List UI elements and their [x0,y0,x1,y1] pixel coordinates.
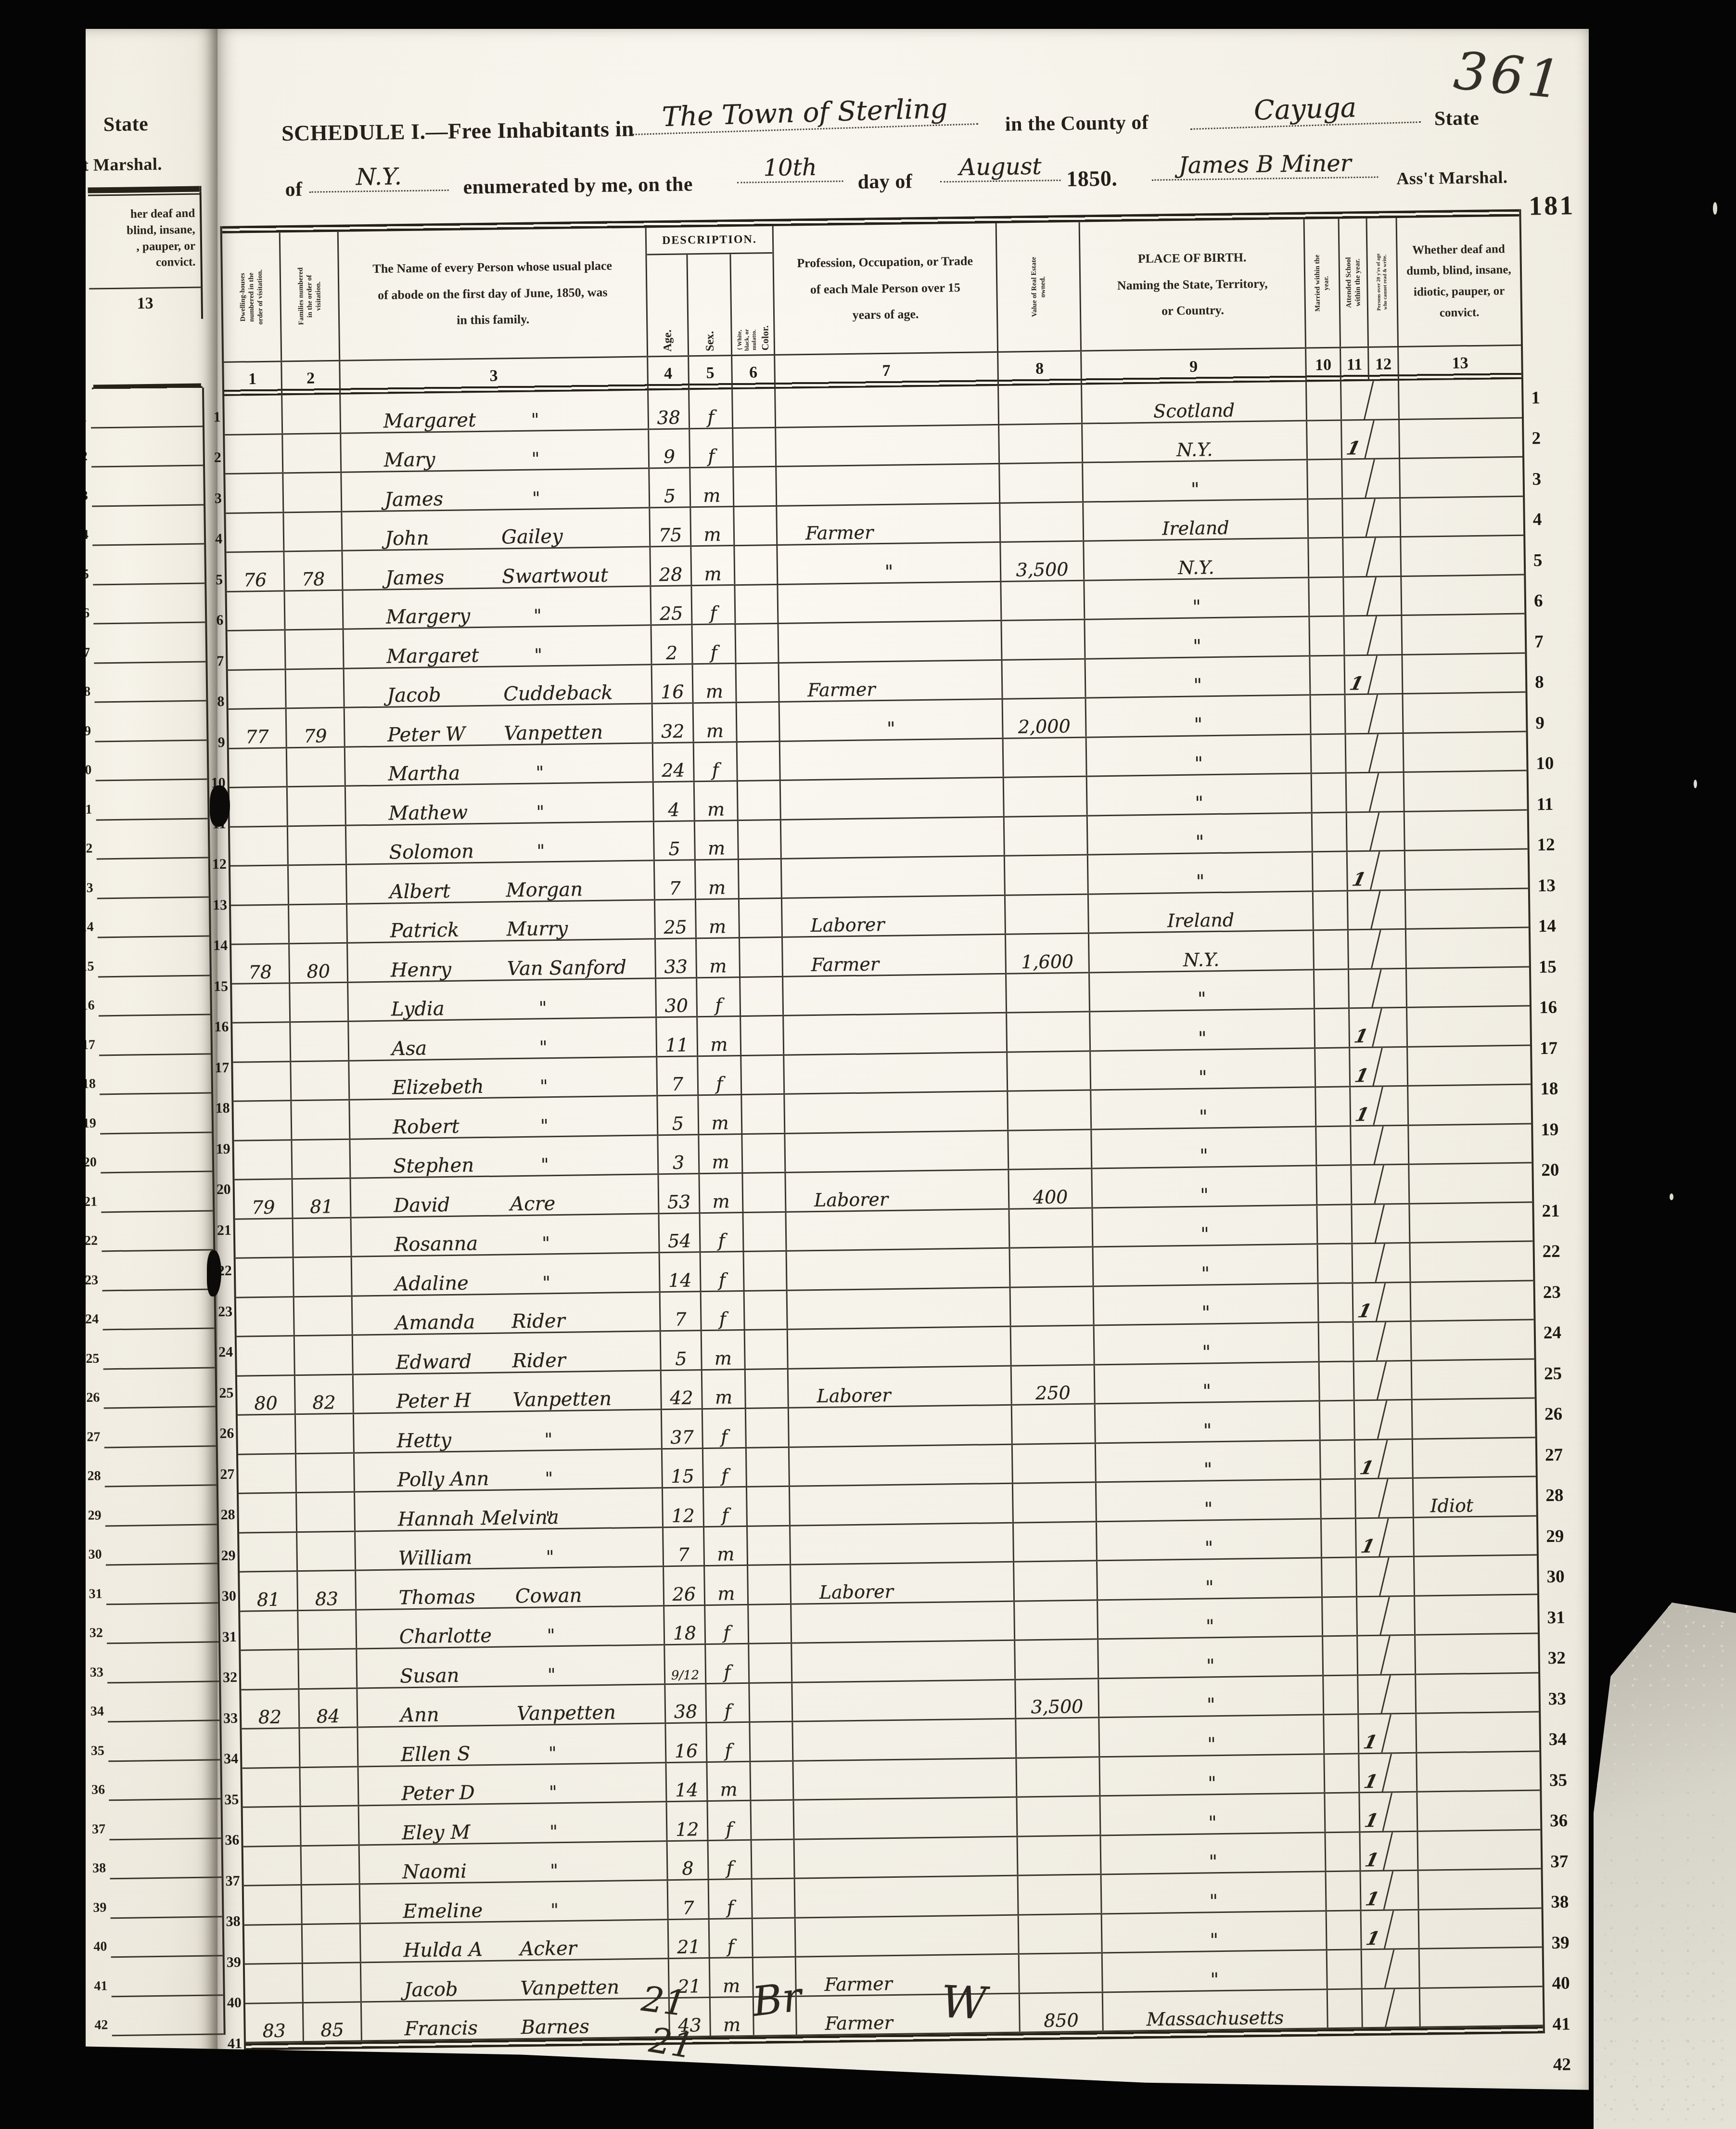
name-given: Peter H [396,1391,471,1411]
cell-cannot-read [1382,1322,1412,1360]
name-given: Amanda [395,1312,475,1333]
name-given: Hannah Melvina [397,1508,559,1529]
year-label: 1850. [1066,166,1118,192]
row-number-left: 38 [222,1892,241,1933]
cell-family [285,590,344,629]
cell-sex: f [710,1919,753,1957]
name-surname: Murry [506,919,568,939]
cell-dwelling [245,1964,304,2002]
cell-occupation [794,1798,1018,1839]
cell-married [1314,891,1349,929]
cell-name: Polly Ann" [355,1449,663,1491]
cell-cannot-read [1371,498,1401,536]
cell-color [742,1095,785,1133]
cell-birthplace: " [1098,1598,1323,1639]
column-number: 11 [1341,348,1369,382]
cell-value [1012,1404,1096,1443]
cell-occupation [780,739,1004,780]
row-number-left: 9 [206,713,225,754]
cell-value [1015,1640,1099,1679]
prevpage-row: 15 [98,936,210,977]
cell-birthplace: " [1088,852,1314,893]
col-header-school: Attended School within the year. [1340,218,1369,347]
col-header-sex: Sex. [688,254,732,355]
cell-occupation: Laborer [786,1170,1009,1211]
cell-dwelling [228,630,286,669]
row-number-right: 3 [1525,451,1562,492]
cell-sex: m [695,782,739,820]
row-number-left: 7 [205,631,224,672]
cell-family [289,904,348,943]
col-header-families: Families numbered in the order of visita… [281,232,340,361]
cell-occupation [796,1915,1020,1956]
prevpage-row: 25 [103,1329,215,1370]
name-given: Polly Ann [397,1469,489,1489]
cell-sex: f [705,1605,749,1643]
prevpage-row: 35 [108,1721,220,1762]
cell-remarks [1402,615,1525,654]
cell-dwelling: 78 [231,944,290,983]
name-given: John [385,528,429,548]
cell-remarks [1420,1948,1543,1987]
cell-remarks [1399,379,1522,419]
cell-remarks [1400,458,1523,497]
cell-cannot-read [1373,655,1403,693]
cell-color [734,467,777,506]
cell-married [1320,1362,1355,1400]
prevpage-row: 8 [94,662,206,703]
row-number-right: 26 [1537,1386,1574,1427]
cell-cannot-read [1377,930,1407,968]
name-surname: " [547,1627,555,1644]
cell-attended-school: 1 [1341,655,1378,694]
cell-married [1314,930,1349,968]
cell-age: 12 [667,1802,708,1840]
cell-remarks [1416,1673,1539,1713]
cell-value [1000,502,1084,541]
cell-attended-school: 1 [1346,1087,1383,1126]
prevpage-col13-number: 13 [89,287,201,320]
cell-remarks [1417,1791,1540,1830]
row-number-right: 10 [1529,736,1566,777]
cell-occupation [795,1876,1019,1917]
cell-birthplace: " [1087,735,1312,776]
cell-married [1324,1715,1359,1753]
cell-attended-school: 1 [1355,1754,1392,1792]
cell-occupation: Farmer [777,503,1001,544]
cell-age: 7 [664,1527,705,1566]
prevpage-row: 3 [91,466,204,507]
name-surname: Rider [511,1311,565,1331]
column-number: 3 [340,357,649,394]
cell-cannot-read [1370,420,1400,458]
name-surname: " [550,1862,558,1880]
row-number-right: 34 [1542,1712,1579,1753]
cell-name: ThomasCowan [356,1567,664,1609]
cell-name: William" [356,1528,664,1570]
cell-age: 53 [659,1174,700,1213]
cell-sex: f [709,1840,753,1879]
cell-cannot-read [1376,890,1406,928]
cell-sex: f [689,389,733,428]
row-number-right: 5 [1526,533,1563,574]
col-header-color: { White, black, or mulatto.Color. [731,254,775,355]
name-surname: Morgan [506,880,583,900]
name-surname: Vanpetten [517,1703,616,1724]
cell-value [1008,1130,1092,1169]
cell-cannot-read [1385,1557,1415,1595]
prevpage-row-number: 37 [85,1821,105,1837]
cell-remarks [1408,1085,1531,1125]
cell-value [1019,1914,1103,1953]
row-number-left: 40 [223,1973,242,2014]
cell-dwelling [238,1415,296,1453]
cell-birthplace: " [1101,1833,1326,1874]
cell-dwelling [225,474,284,512]
cell-attended-school [1341,695,1379,733]
cell-dwelling [243,1807,302,1846]
cell-married [1317,1205,1353,1243]
row-number-right: 35 [1542,1752,1579,1793]
name-surname: " [540,1117,549,1135]
row-number-left: 32 [218,1648,237,1689]
cell-sex: f [692,625,736,663]
cell-cannot-read [1382,1361,1413,1399]
row-number-left: 29 [217,1526,236,1567]
table-header: Dwelling-houses numbered in the order of… [222,217,1521,361]
cell-remarks [1407,1007,1530,1046]
cell-color [748,1526,791,1565]
cell-age: 38 [649,390,690,428]
cell-sex: f [703,1448,747,1487]
prevpage-row-number: 39 [86,1900,106,1916]
cell-remarks [1417,1712,1539,1752]
cell-dwelling [238,1454,297,1493]
cell-married [1312,734,1347,772]
cell-name: James" [342,469,650,511]
cell-value [1011,1326,1095,1365]
cell-name: Margaret" [344,626,652,667]
cell-name: Mathew" [346,782,654,824]
cell-occupation [788,1327,1012,1368]
name-given: Henry [391,960,452,980]
cell-occupation: " [780,700,1004,741]
name-surname: " [550,1902,559,1919]
cell-sex: m [699,1095,742,1134]
cell-name: Peter HVanpetten [354,1371,662,1413]
cell-sex: f [706,1644,750,1683]
cell-birthplace: " [1090,970,1315,1011]
cell-married [1310,617,1345,655]
name-given: Stephen [393,1155,474,1176]
name-surname: " [536,843,545,860]
cell-color [751,1761,794,1800]
cell-married [1323,1597,1358,1635]
cell-attended-school: 1 [1356,1793,1393,1831]
cell-age: 8 [668,1841,709,1880]
page-number-stamp: 181 [1529,190,1575,221]
cell-age: 75 [650,508,691,546]
cell-occupation [791,1523,1014,1564]
census-table: Dwelling-houses numbered in the order of… [220,209,1545,2051]
cell-attended-school [1340,577,1377,616]
cell-birthplace: " [1083,460,1308,501]
cell-age: 24 [653,743,695,782]
cell-remarks [1404,732,1527,771]
cell-dwelling [227,591,286,630]
cell-family [291,1022,349,1061]
cell-name: Susan" [357,1645,665,1687]
cell-name: Martha" [345,744,654,785]
cell-sex: m [700,1174,743,1212]
scan-border-left [0,0,86,2129]
cell-sex: m [710,1958,754,1997]
cell-family [292,1101,350,1139]
cell-value [1005,816,1088,855]
cell-dwelling [240,1611,299,1650]
column-number: 12 [1369,347,1399,381]
scan-border-bottom [0,2021,1736,2129]
description-label: DESCRIPTION. [647,226,773,255]
cell-color [741,1055,785,1094]
name-given: Susan [400,1666,460,1686]
census-scan-page: State t Marshal. her deaf and blind, ins… [0,0,1736,2129]
cell-value [1017,1757,1100,1796]
enumerated-label: enumerated by me, on the [463,173,693,199]
cell-attended-school [1345,969,1382,1008]
cell-sex: m [694,703,738,742]
cell-birthplace: " [1092,1127,1317,1168]
cell-attended-school: 1 [1352,1518,1389,1557]
row-number-right: 37 [1544,1834,1581,1874]
cell-attended-school [1348,1205,1385,1243]
cell-birthplace: N.Y. [1084,539,1309,579]
cell-occupation [793,1719,1017,1760]
cell-family [299,1650,357,1688]
cell-age: 16 [652,665,694,703]
cell-family [301,1807,360,1845]
name-given: Albert [389,881,450,901]
cell-attended-school [1353,1557,1390,1596]
prevpage-row: 11 [96,780,208,821]
name-given: Asa [392,1039,427,1058]
cell-family [302,1846,360,1884]
cell-age: 7 [655,860,696,899]
cell-cannot-read [1369,381,1400,419]
cell-dwelling [230,866,289,904]
cell-married [1318,1244,1353,1282]
name-given: Charlotte [399,1626,492,1647]
cell-age: 21 [669,1920,710,1958]
name-given: Peter W [387,724,465,744]
cell-name: Asa" [349,1018,657,1060]
cell-cannot-read [1390,1910,1420,1948]
cell-name: Margery" [343,587,651,628]
cell-attended-school [1353,1636,1391,1674]
cell-name: EdwardRider [353,1332,662,1373]
cell-sex: f [706,1683,750,1722]
name-given: Solomon [389,842,474,862]
column-number: 4 [648,357,689,390]
footer-note: Br [750,1973,804,2026]
cell-name: Hetty" [354,1410,663,1452]
name-given: David [394,1195,450,1215]
cell-attended-school [1358,1949,1395,1988]
cell-remarks [1405,810,1528,850]
cell-value [1004,738,1087,777]
cell-age: 15 [663,1449,704,1488]
cell-family [294,1296,353,1335]
cell-cannot-read [1379,1165,1410,1203]
cell-value [1008,1052,1091,1090]
cell-age: 7 [661,1292,702,1331]
day-of-label: day of [857,170,912,193]
row-number-left: 17 [211,1038,230,1079]
cell-married [1313,813,1348,851]
cell-remarks [1405,850,1528,889]
cell-family [296,1453,355,1492]
cell-dwelling [226,513,284,551]
prevpage-row-number: 35 [84,1743,104,1759]
cell-value: 1,600 [1006,934,1090,973]
cell-dwelling [235,1219,294,1257]
cell-occupation [785,1092,1008,1133]
cell-sex: f [707,1723,751,1761]
cell-birthplace: " [1096,1441,1321,1482]
cell-birthplace: " [1092,1166,1317,1207]
cell-color [733,428,777,466]
month-fill: August [940,153,1061,182]
cell-birthplace: " [1099,1676,1324,1717]
cell-remarks [1401,536,1524,576]
row-number-right: 31 [1540,1590,1577,1630]
cell-married [1308,460,1343,498]
cell-family [283,434,342,472]
name-surname: " [549,1823,558,1841]
row-number-left: 35 [220,1770,239,1811]
cell-value [1011,1287,1095,1326]
cell-name: Hannah Melvina" [355,1488,664,1530]
cell-occupation [795,1837,1019,1878]
name-given: Peter D [401,1783,475,1803]
cell-color [753,1879,796,1918]
cell-color [752,1840,795,1878]
cell-value [1018,1836,1102,1875]
prevpage-row-number: 40 [87,1939,107,1955]
name-surname: Rider [512,1350,566,1370]
cell-sex: m [704,1526,748,1565]
cell-occupation [787,1249,1011,1290]
cell-cannot-read [1372,616,1403,654]
cell-name: Adaline" [352,1253,661,1295]
cell-occupation [776,425,1000,466]
cell-remarks [1412,1320,1534,1359]
cell-birthplace: " [1087,774,1313,815]
prevpage-row-number: 36 [85,1782,105,1798]
prevpage-row: 14 [97,898,209,938]
prevpage-row: 4 [92,505,204,546]
cell-dwelling [229,748,288,787]
cell-cannot-read [1371,538,1402,576]
row-number-left: 28 [217,1485,235,1526]
row-number-right: 14 [1531,898,1568,939]
row-number-right: 40 [1545,1956,1582,1997]
cell-cannot-read [1380,1244,1411,1282]
cell-family [298,1610,357,1649]
cell-married [1315,970,1350,1008]
cell-dwelling [236,1258,294,1296]
cell-dwelling [244,1925,303,1963]
cell-name: AlbertMorgan [347,861,655,903]
cell-family [303,1924,361,1962]
cell-name: Charlotte" [357,1606,665,1648]
cell-color [747,1487,791,1526]
prevpage-row: 40 [111,1917,223,1958]
prevpage-row: 19 [100,1093,212,1134]
name-surname: " [539,1000,547,1017]
name-surname: " [531,411,539,429]
cell-married [1317,1166,1352,1204]
column-number: 8 [998,352,1082,386]
prevpage-row: 12 [96,819,208,860]
cell-occupation [793,1758,1017,1799]
cell-attended-school [1338,460,1375,498]
cell-age: 5 [654,821,696,860]
cell-dwelling [232,1023,291,1061]
cell-sex: f [700,1213,744,1251]
cell-age: 16 [666,1723,707,1762]
prevpage-row: 22 [101,1211,213,1252]
cell-name: Eley M" [359,1802,668,1844]
cell-remarks [1411,1281,1533,1321]
cell-birthplace: " [1094,1284,1319,1325]
cell-occupation [790,1484,1014,1525]
county-fill: Cayuga [1189,90,1421,130]
cell-remarks [1407,967,1530,1007]
col-header-cantread: Persons over 20 y'rs of age who cannot r… [1367,218,1399,346]
cell-married [1321,1440,1356,1478]
name-surname: " [534,607,542,625]
cell-sex: m [705,1566,749,1604]
cell-sex: f [703,1409,747,1448]
cell-married [1322,1558,1357,1596]
cell-name: Peter D" [358,1763,667,1805]
prevpage-row-number: 41 [87,1978,107,1994]
cell-attended-school [1349,1244,1386,1283]
prevpage-row: 9 [94,701,206,742]
cell-value [1004,777,1088,816]
row-number-left: 37 [221,1851,240,1892]
cell-name: HenryVan Sanford [348,939,656,981]
cell-age: 2 [651,625,693,664]
cell-cannot-read [1390,1949,1420,1988]
col-header-dwelling: Dwelling-houses numbered in the order of… [222,232,282,361]
cell-birthplace: Scotland [1082,382,1307,423]
scan-speck [1694,780,1697,788]
cell-attended-school [1350,1322,1387,1360]
cell-age: 7 [657,1057,699,1095]
name-surname: " [532,450,540,468]
cell-family [294,1218,352,1257]
name-surname: " [549,1745,557,1762]
cell-sex: f [704,1488,748,1526]
row-number-right: 9 [1529,695,1566,736]
cell-color [750,1683,793,1721]
cell-dwelling: 82 [241,1690,300,1728]
cell-dwelling [228,670,287,708]
cell-occupation [790,1445,1013,1486]
cell-remarks [1414,1516,1537,1556]
